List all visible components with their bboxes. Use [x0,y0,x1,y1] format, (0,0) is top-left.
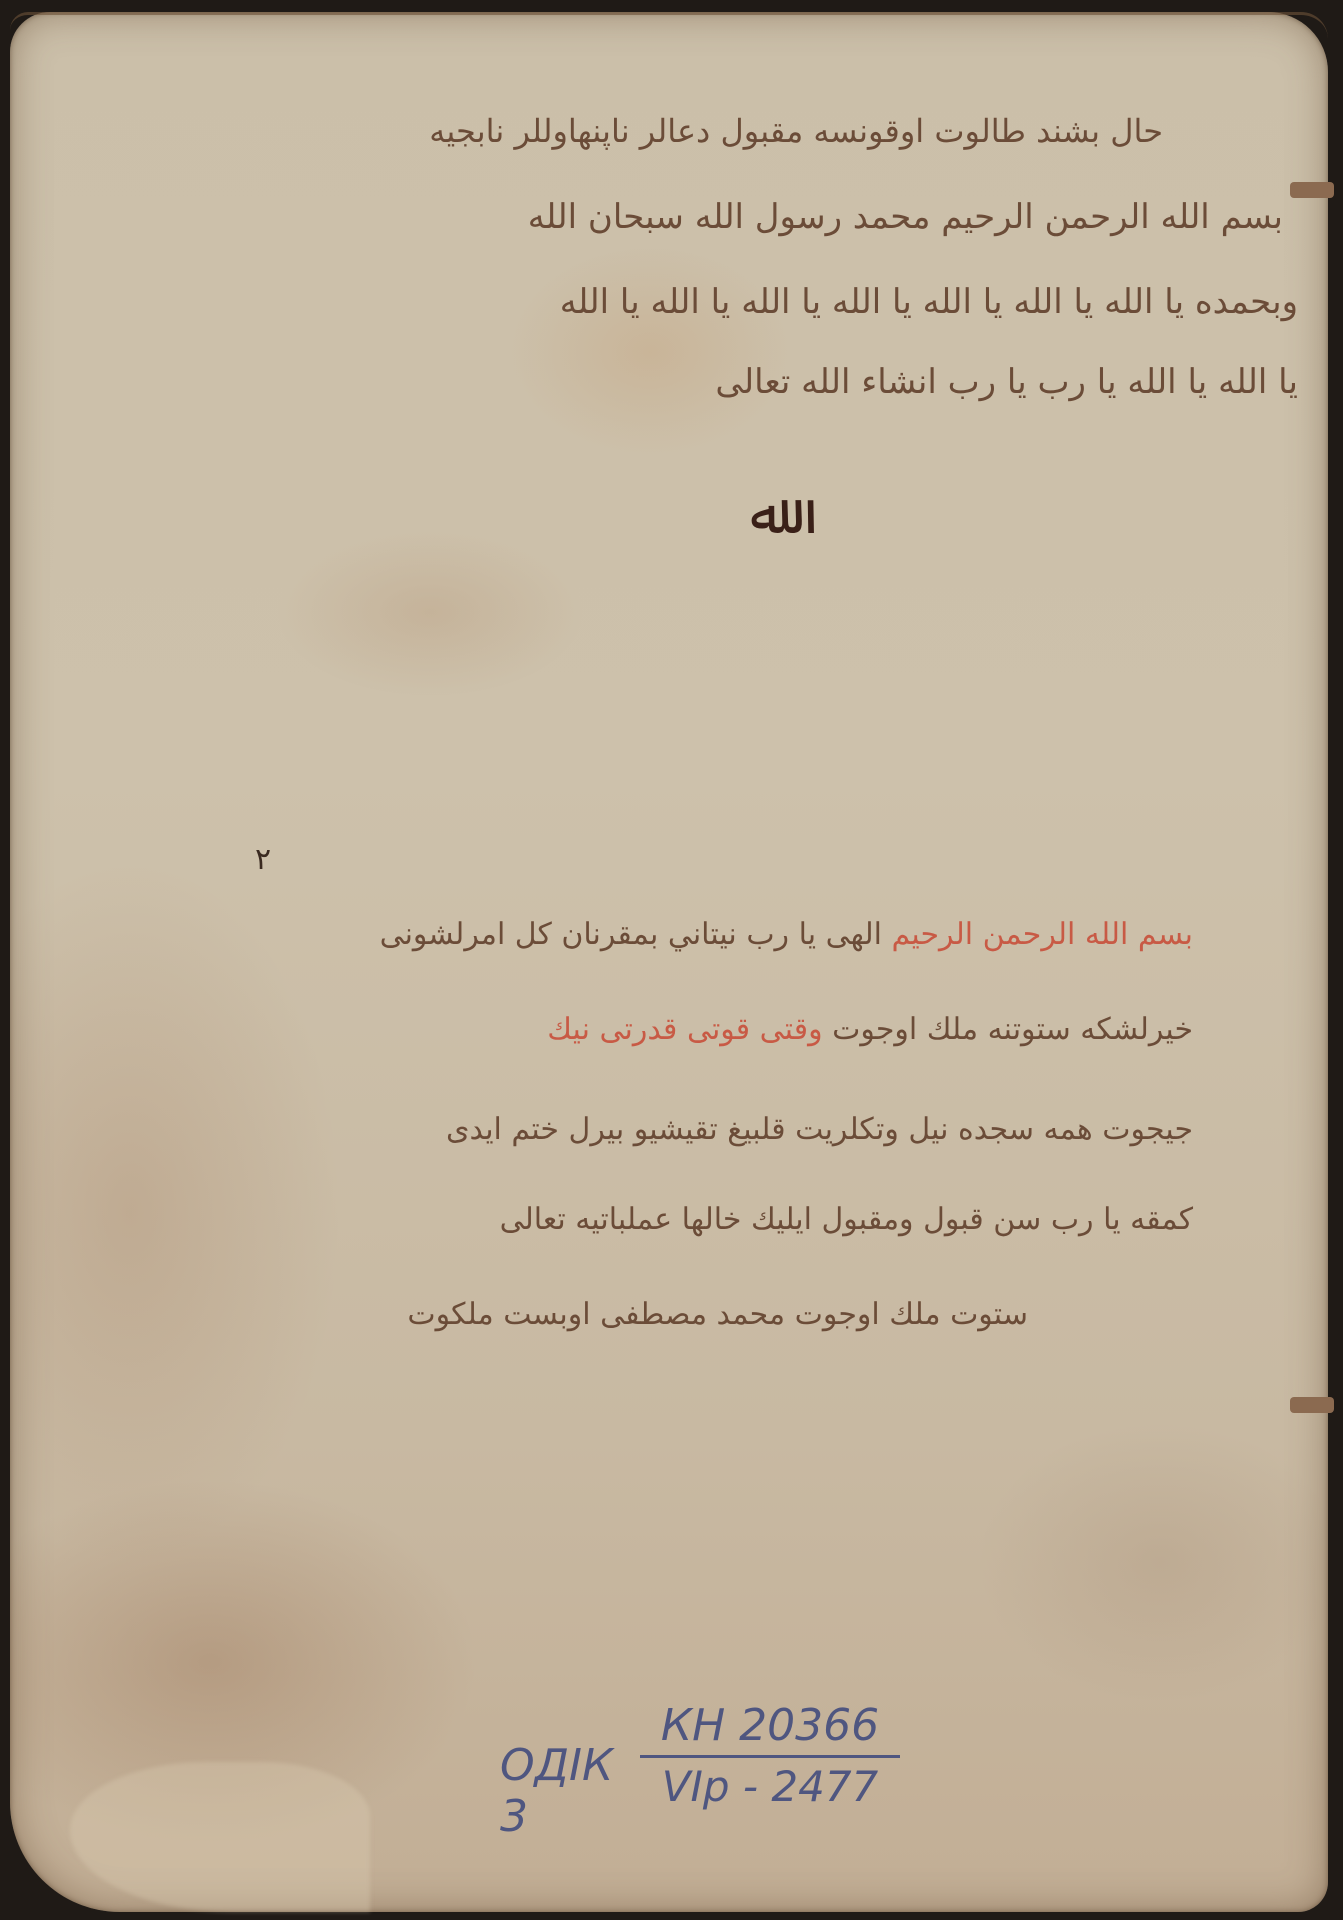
header-line-2: بسم الله الرحمن الرحيم محمد رسول الله سب… [528,197,1283,237]
body-line-5: ستوت ملك اوجوت محمد مصطفى اوبست ملكوت [407,1297,1028,1332]
center-ornament-mark: ﷲ [750,482,783,547]
shelfmark-code: ОДІК 3 [500,1740,613,1842]
shelfmark-numerator: КН 20366 [640,1700,900,1758]
damaged-corner [70,1762,370,1912]
binding-tab [1290,182,1334,198]
header-line-4: يا الله يا الله يا رب يا رب انشاء الله ت… [715,362,1298,402]
header-line-1: حال بشند طالوت اوقونسه مقبول دعالر ناپنه… [429,112,1163,150]
marginal-mark: ٢ [255,842,271,877]
body-line-3: جيجوت همه سجده نيل وتكلريت قلبيغ تقيشيو … [446,1112,1193,1147]
shelfmark-fraction: КН 20366 VIр - 2477 [640,1700,900,1811]
page-top-edge [10,12,1328,39]
body-line-2: خيرلشكه ستوتنه ملك اوجوت وقتى قوتى قدرتى… [547,1012,1193,1047]
rubric-text: وقتى قوتى قدرتى نيك [547,1012,822,1047]
body-line-4: كمقه يا رب سن قبول ومقبول ايليك خالها عم… [500,1202,1193,1237]
shelfmark-denominator: VIр - 2477 [640,1758,900,1811]
body-line-1: بسم الله الرحمن الرحيم الهى يا رب نيتاني… [380,917,1193,952]
header-line-3: وبحمده يا الله يا الله يا الله يا الله ي… [560,282,1298,322]
binding-tab [1290,1397,1334,1413]
manuscript-page: حال بشند طالوت اوقونسه مقبول دعالر ناپنه… [10,12,1328,1912]
rubric-text: بسم الله الرحمن الرحيم [891,917,1193,952]
